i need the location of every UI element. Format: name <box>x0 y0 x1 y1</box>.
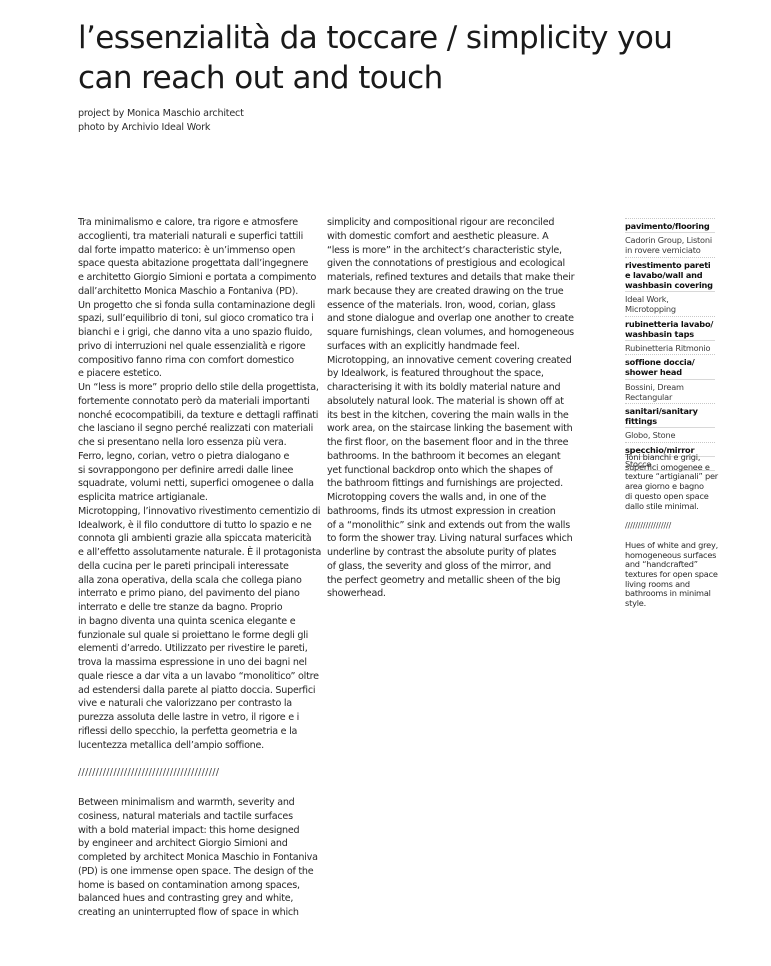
caption-english: Hues of white and grey,homogeneous surfa… <box>625 541 720 609</box>
text-line: (PD) is one immense open space. The desi… <box>78 865 318 879</box>
caption-separator: ////////////////// <box>625 521 720 531</box>
column-middle: simplicity and compositional rigour are … <box>327 216 572 601</box>
text-line: bianchi e i grigi, che danno vita a uno … <box>78 326 318 340</box>
text-line: si sovrappongono per definire arredi dal… <box>78 464 318 478</box>
text-line: characterising it with its boldly materi… <box>327 381 572 395</box>
text-line: by Idealwork, is featured throughout the… <box>327 367 572 381</box>
photo-credit: photo by Archivio Ideal Work <box>78 121 244 135</box>
text-line: underline by contrast the absolute purit… <box>327 546 572 560</box>
text-line: lucentezza metallica dell’ampio soffione… <box>78 739 318 753</box>
spec-item: soffione doccia/shower headBossini, Drea… <box>625 354 715 403</box>
text-line: spazi, sull’equilibrio di toni, sul gioc… <box>78 312 318 326</box>
caption-italian: Toni bianchi e grigi,superfici omogenee … <box>625 453 720 511</box>
separator: //////////////////////////////////////// <box>78 766 318 780</box>
spec-value-line: Bossini, Dream <box>625 382 715 392</box>
spec-value: Rubinetteria Ritmonio <box>625 340 715 354</box>
text-line: riflessi dello specchio, la perfetta geo… <box>78 725 318 739</box>
text-line: creating an uninterrupted flow of space … <box>78 906 318 920</box>
spec-value: Cadorin Group, Listoniin rovere vernicia… <box>625 232 715 256</box>
spec-value-line: Cadorin Group, Listoni <box>625 235 715 245</box>
text-line: e all’effetto assolutamente naturale. È … <box>78 546 318 560</box>
text-line: with a bold material impact: this home d… <box>78 824 318 838</box>
text-line: interrato e delle tre stanze da bagno. P… <box>78 601 318 615</box>
text-line: e piacere estetico. <box>78 367 318 381</box>
text-line: privo di interruzioni nel quale essenzia… <box>78 340 318 354</box>
spec-label: rivestimento paretie lavabo/wall andwash… <box>625 258 715 292</box>
text-line: space questa abitazione progettata dall’… <box>78 257 318 271</box>
text-line: interrato e primo piano, del pavimento d… <box>78 587 318 601</box>
text-line: surfaces with an explicitly handmade fee… <box>327 340 572 354</box>
text-line: with domestic comfort and aesthetic plea… <box>327 230 572 244</box>
text-line: by engineer and architect Giorgio Simion… <box>78 837 318 851</box>
spec-value: Globo, Stone <box>625 427 715 441</box>
text-line: ad estendersi dalla parete al piatto doc… <box>78 684 318 698</box>
text-line: Microtopping, l’innovativo rivestimento … <box>78 505 318 519</box>
text-line: Ferro, legno, corian, vetro o pietra dia… <box>78 450 318 464</box>
text-line: home is based on contamination among spa… <box>78 879 318 893</box>
spec-label-line: rivestimento pareti <box>625 260 715 270</box>
spec-value-line: Globo, Stone <box>625 430 715 440</box>
text-line: the perfect geometry and metallic sheen … <box>327 574 572 588</box>
text-line: alla zona operativa, della scala che col… <box>78 574 318 588</box>
spec-item: pavimento/flooringCadorin Group, Listoni… <box>625 218 715 257</box>
text-line: e architetto Giorgio Simioni e portata a… <box>78 271 318 285</box>
spec-item: rivestimento paretie lavabo/wall andwash… <box>625 257 715 316</box>
spec-value: Bossini, DreamRectangular <box>625 379 715 403</box>
text-line: elementi d’arredo. Utilizzato per rivest… <box>78 642 318 656</box>
spec-label: sanitari/sanitaryfittings <box>625 404 715 427</box>
spec-label-line: pavimento/flooring <box>625 221 715 231</box>
spec-value-line: in rovere verniciato <box>625 245 715 255</box>
column-left: Tra minimalismo e calore, tra rigore e a… <box>78 216 318 920</box>
text-line: to form the shower tray. Living natural … <box>327 532 572 546</box>
text-line: Un progetto che si fonda sulla contamina… <box>78 299 318 313</box>
text-line: vive e naturali che valorizzano per cont… <box>78 697 318 711</box>
english-body-part2: simplicity and compositional rigour are … <box>327 216 572 601</box>
text-line: Un “less is more” proprio dello stile de… <box>78 381 318 395</box>
spec-label-line: washbasin covering <box>625 280 715 290</box>
text-line: “less is more” in the architect’s charac… <box>327 244 572 258</box>
text-line: della cucina per le pareti principali in… <box>78 560 318 574</box>
spec-value-line: Ideal Work, <box>625 294 715 304</box>
text-line: Between minimalism and warmth, severity … <box>78 796 318 810</box>
text-line: of glass, the severity and gloss of the … <box>327 560 572 574</box>
text-line: essence of the materials. Iron, wood, co… <box>327 299 572 313</box>
text-line: trova la massima espressione in uno dei … <box>78 656 318 670</box>
spec-label-line: rubinetteria lavabo/ <box>625 319 715 329</box>
text-line: absolutely natural look. The material is… <box>327 395 572 409</box>
specs-sidebar: pavimento/flooringCadorin Group, Listoni… <box>625 218 715 471</box>
text-line: simplicity and compositional rigour are … <box>327 216 572 230</box>
spec-value-line: Rectangular <box>625 392 715 402</box>
text-line: funzionale sul quale si proiettano le fo… <box>78 629 318 643</box>
text-line: of a “monolithic” sink and extends out f… <box>327 519 572 533</box>
text-line: connota gli ambienti grazie alla spiccat… <box>78 532 318 546</box>
italian-body: Tra minimalismo e calore, tra rigore e a… <box>78 216 318 752</box>
text-line: its best in the kitchen, covering the ma… <box>327 409 572 423</box>
text-line: materials, refined textures and details … <box>327 271 572 285</box>
english-body-part1: Between minimalism and warmth, severity … <box>78 796 318 920</box>
text-line: purezza assoluta delle lastre in vetro, … <box>78 711 318 725</box>
text-line: Tra minimalismo e calore, tra rigore e a… <box>78 216 318 230</box>
text-line: style. <box>625 599 720 609</box>
text-line: che si presentano nella loro essenza più… <box>78 436 318 450</box>
spec-label: soffione doccia/shower head <box>625 355 715 378</box>
text-line: Microtopping, an innovative cement cover… <box>327 354 572 368</box>
text-line: esplicita matrice artigianale. <box>78 491 318 505</box>
text-line: nonché ecocompatibili, da texture e dett… <box>78 409 318 423</box>
text-line: bathrooms, finds its utmost expression i… <box>327 505 572 519</box>
text-line: dal forte impatto materico: è un’immenso… <box>78 244 318 258</box>
text-line: mark because they are created drawing on… <box>327 285 572 299</box>
side-caption: Toni bianchi e grigi,superfici omogenee … <box>625 453 720 609</box>
spec-label: pavimento/flooring <box>625 219 715 232</box>
text-line: fortemente connotato però da materiali i… <box>78 395 318 409</box>
text-line: showerhead. <box>327 587 572 601</box>
text-line: yet functional backdrop onto which the s… <box>327 464 572 478</box>
project-credit: project by Monica Maschio architect <box>78 107 244 121</box>
text-line: squadrate, volumi netti, superfici omoge… <box>78 477 318 491</box>
text-line: square furnishings, clean volumes, and h… <box>327 326 572 340</box>
spec-label-line: shower head <box>625 367 715 377</box>
text-line: Microtopping covers the walls and, in on… <box>327 491 572 505</box>
article-title: l’essenzialità da toccare / simplicity y… <box>78 18 678 98</box>
text-line: dall’architetto Monica Maschio a Fontani… <box>78 285 318 299</box>
spec-label-line: fittings <box>625 416 715 426</box>
spec-label-line: soffione doccia/ <box>625 357 715 367</box>
text-line: the first floor, on the basement floor a… <box>327 436 572 450</box>
text-line: Idealwork, è il filo conduttore di tutto… <box>78 519 318 533</box>
text-line: balanced hues and contrasting grey and w… <box>78 892 318 906</box>
spec-label-line: washbasin taps <box>625 329 715 339</box>
spec-item: rubinetteria lavabo/washbasin tapsRubine… <box>625 316 715 355</box>
spec-label-line: sanitari/sanitary <box>625 406 715 416</box>
text-line: in bagno diventa una quinta scenica eleg… <box>78 615 318 629</box>
text-line: given the connotations of prestigious an… <box>327 257 572 271</box>
spec-value-line: Microtopping <box>625 304 715 314</box>
text-line: completed by architect Monica Maschio in… <box>78 851 318 865</box>
text-line: dallo stile minimal. <box>625 502 720 512</box>
spec-value-line: Rubinetteria Ritmonio <box>625 343 715 353</box>
text-line: che lasciano il segno perché realizzati … <box>78 422 318 436</box>
text-line: cosiness, natural materials and tactile … <box>78 810 318 824</box>
spec-label: rubinetteria lavabo/washbasin taps <box>625 317 715 340</box>
text-line: compositivo fanno rima con comfort domes… <box>78 354 318 368</box>
spec-item: sanitari/sanitaryfittingsGlobo, Stone <box>625 403 715 442</box>
text-line: and stone dialogue and overlap one anoth… <box>327 312 572 326</box>
text-line: the bathroom fittings and furnishings ar… <box>327 477 572 491</box>
credits: project by Monica Maschio architect phot… <box>78 107 244 135</box>
text-line: accoglienti, tra materiali naturali e su… <box>78 230 318 244</box>
spec-label-line: e lavabo/wall and <box>625 270 715 280</box>
text-line: work area, on the staircase linking the … <box>327 422 572 436</box>
text-line: quale riesce a dar vita a un lavabo “mon… <box>78 670 318 684</box>
title-line: can reach out and touch <box>78 58 678 98</box>
text-line: bathrooms. In the bathroom it becomes an… <box>327 450 572 464</box>
title-line: l’essenzialità da toccare / simplicity y… <box>78 18 678 58</box>
spec-value: Ideal Work,Microtopping <box>625 291 715 315</box>
